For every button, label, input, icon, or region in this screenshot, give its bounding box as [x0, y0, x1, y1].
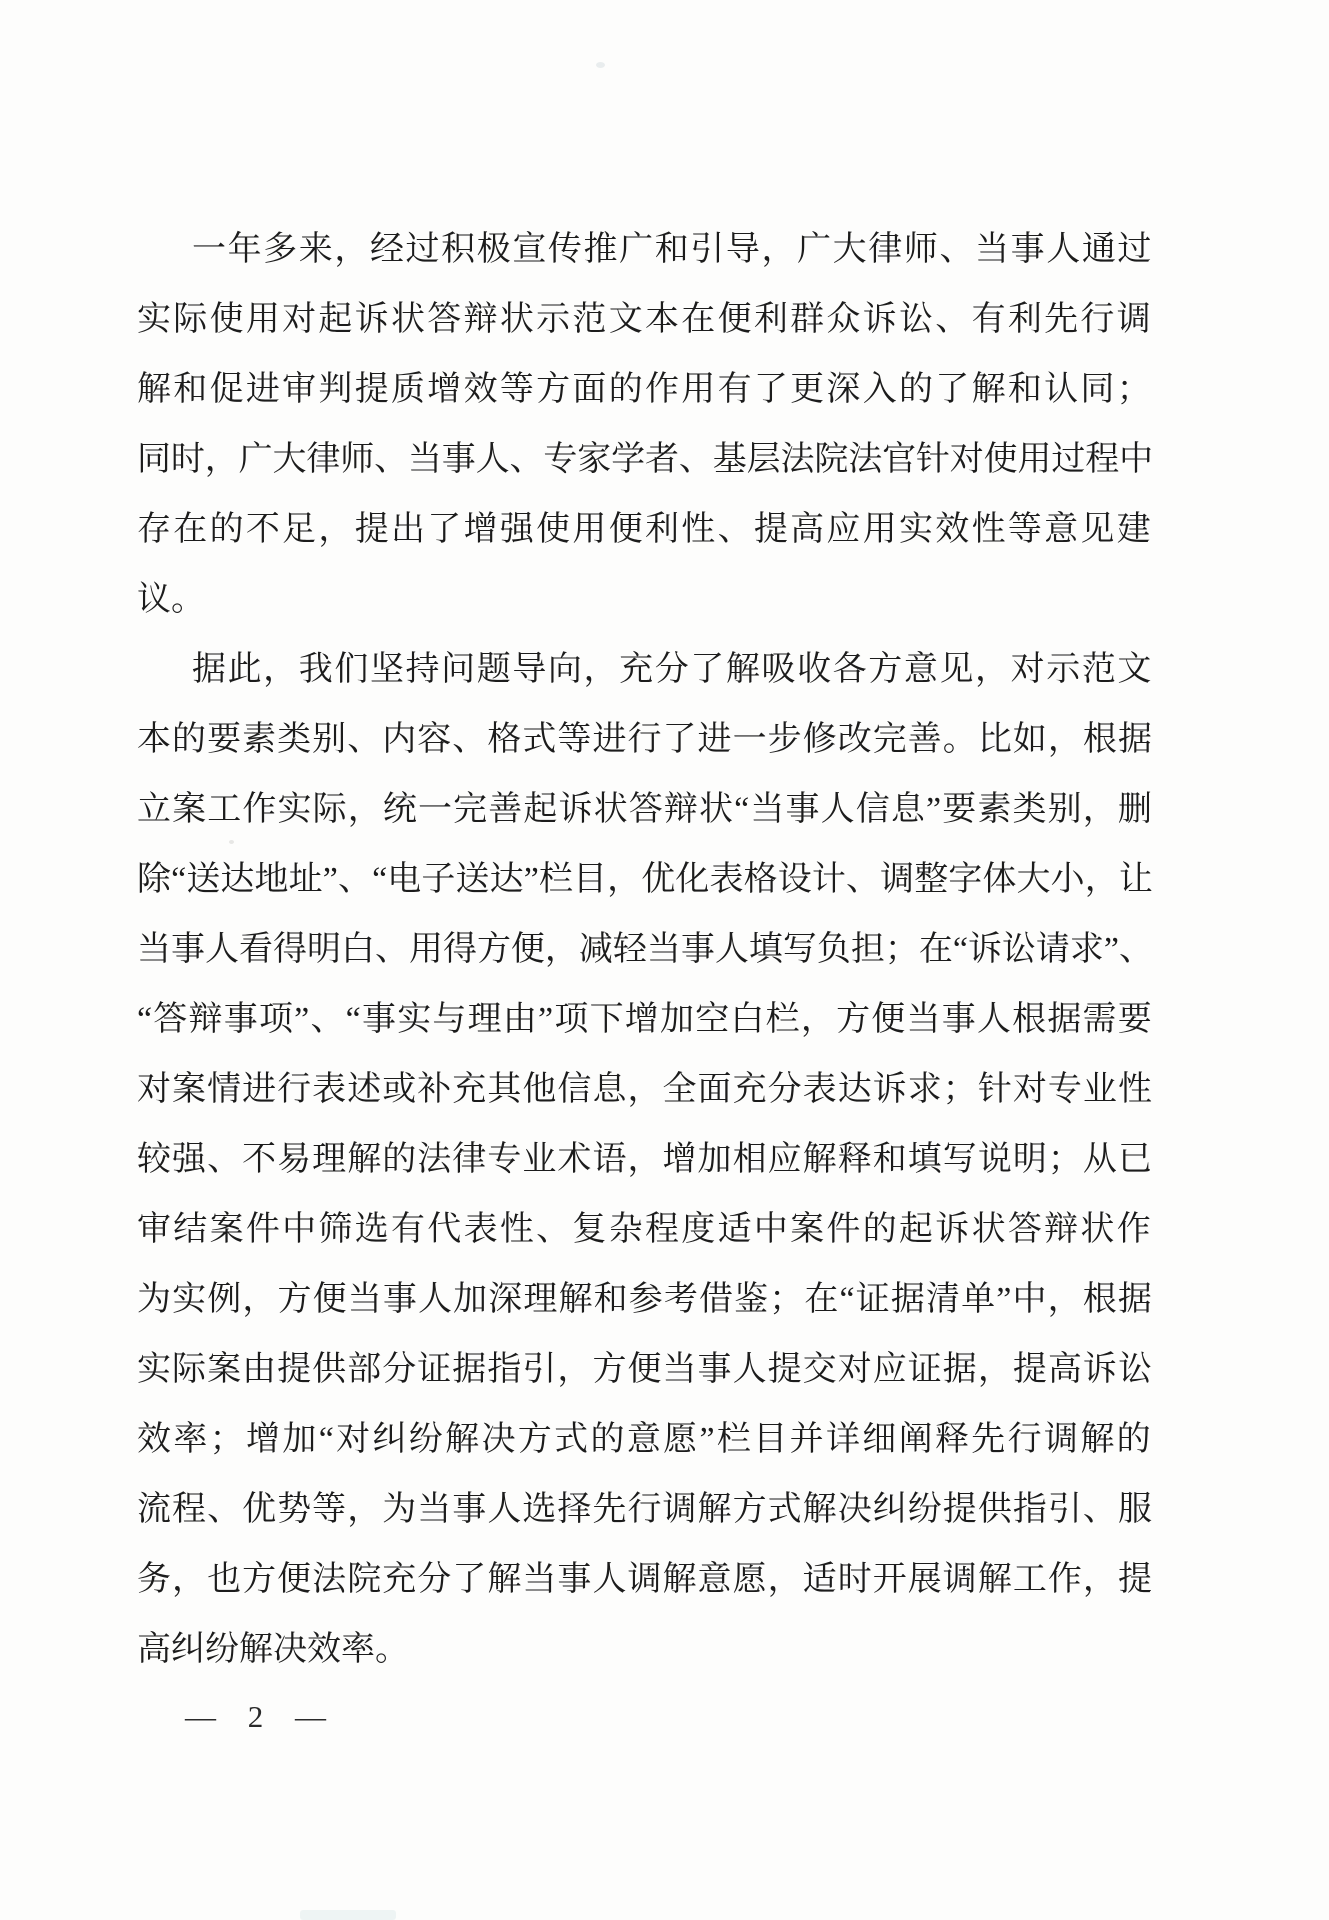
text-line: 据此，我们坚持问题导向，充分了解吸收各方意见，对示范文 — [137, 635, 1153, 705]
text-line: 本的要素类别、内容、格式等进行了进一步修改完善。比如，根据 — [137, 705, 1153, 775]
document-page: 一年多来，经过积极宣传推广和引导，广大律师、当事人通过 实际使用对起诉状答辩状示… — [0, 0, 1329, 1920]
text-line: 效率；增加“对纠纷解决方式的意愿”栏目并详细阐释先行调解的 — [137, 1405, 1153, 1475]
text-line: 除“送达地址”、“电子送达”栏目，优化表格设计、调整字体大小，让 — [137, 845, 1153, 915]
document-body: 一年多来，经过积极宣传推广和引导，广大律师、当事人通过 实际使用对起诉状答辩状示… — [137, 215, 1153, 1685]
text-line: 为实例，方便当事人加深理解和参考借鉴；在“证据清单”中，根据 — [137, 1265, 1153, 1335]
text-line: 流程、优势等，为当事人选择先行调解方式解决纠纷提供指引、服 — [137, 1475, 1153, 1545]
text-line: 解和促进审判提质增效等方面的作用有了更深入的了解和认同； — [137, 355, 1153, 425]
text-line: 务，也方便法院充分了解当事人调解意愿，适时开展调解工作，提 — [137, 1545, 1153, 1615]
text-line: 对案情进行表述或补充其他信息，全面充分表达诉求；针对专业性 — [137, 1055, 1153, 1125]
text-line: 实际案由提供部分证据指引，方便当事人提交对应证据，提高诉讼 — [137, 1335, 1153, 1405]
text-line: 议。 — [137, 565, 1153, 635]
page-number: — 2 — — [185, 1695, 338, 1739]
text-line: 高纠纷解决效率。 — [137, 1615, 1153, 1685]
paragraph-1: 一年多来，经过积极宣传推广和引导，广大律师、当事人通过 实际使用对起诉状答辩状示… — [137, 215, 1153, 635]
text-line: 当事人看得明白、用得方便，减轻当事人填写负担；在“诉讼请求”、 — [137, 915, 1153, 985]
scan-artifact-smudge — [300, 1910, 396, 1920]
text-line: 实际使用对起诉状答辩状示范文本在便利群众诉讼、有利先行调 — [137, 285, 1153, 355]
text-line: 同时，广大律师、当事人、专家学者、基层法院法官针对使用过程中 — [137, 425, 1153, 495]
text-line: 存在的不足，提出了增强使用便利性、提高应用实效性等意见建 — [137, 495, 1153, 565]
text-line: 一年多来，经过积极宣传推广和引导，广大律师、当事人通过 — [137, 215, 1153, 285]
scan-artifact-dot — [596, 62, 605, 68]
text-line: 较强、不易理解的法律专业术语，增加相应解释和填写说明；从已 — [137, 1125, 1153, 1195]
text-line: 审结案件中筛选有代表性、复杂程度适中案件的起诉状答辩状作 — [137, 1195, 1153, 1265]
text-line: “答辩事项”、“事实与理由”项下增加空白栏，方便当事人根据需要 — [137, 985, 1153, 1055]
text-line: 立案工作实际，统一完善起诉状答辩状“当事人信息”要素类别，删 — [137, 775, 1153, 845]
paragraph-2: 据此，我们坚持问题导向，充分了解吸收各方意见，对示范文 本的要素类别、内容、格式… — [137, 635, 1153, 1685]
